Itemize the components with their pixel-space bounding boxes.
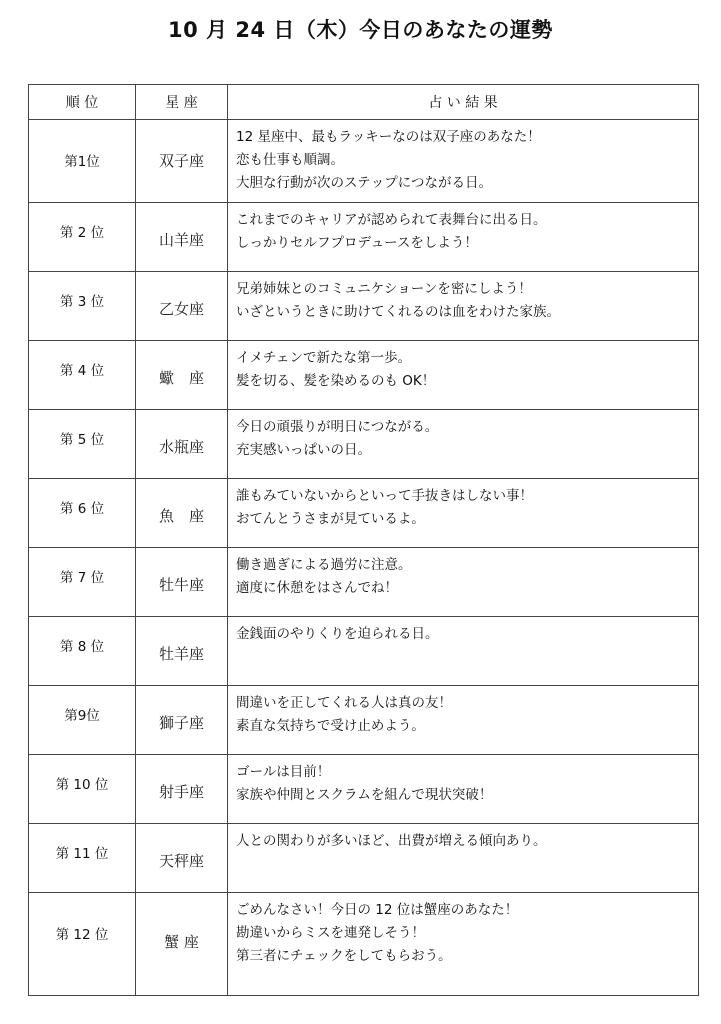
zodiac-sign-cell: 蟹 座 (136, 893, 228, 996)
fortune-result-cell: 間違いを正してくれる人は真の友！素直な気持ちで受け止めよう。 (228, 686, 699, 755)
table-row: 第 3 位乙女座兄弟姉妹とのコミュニケショーンを密にしよう！いざというときに助け… (29, 272, 699, 341)
fortune-line: ごめんなさい！今日の 12 位は蟹座のあなた！ (236, 899, 698, 922)
table-row: 第 12 位蟹 座ごめんなさい！今日の 12 位は蟹座のあなた！勘違いからミスを… (29, 893, 699, 996)
zodiac-sign-label: 双子座 (136, 150, 227, 171)
zodiac-sign-cell: 牡牛座 (136, 548, 228, 617)
rank-cell: 第 10 位 (29, 755, 136, 824)
zodiac-sign-label: 射手座 (136, 781, 227, 802)
table-row: 第 4 位蠍 座イメチェンで新たな第一歩。髪を切る、髪を染めるのも OK！ (29, 341, 699, 410)
table-row: 第9位獅子座間違いを正してくれる人は真の友！素直な気持ちで受け止めよう。 (29, 686, 699, 755)
fortune-line: 人との関わりが多いほど、出費が増える傾向あり。 (236, 830, 698, 853)
fortune-line: 12 星座中、最もラッキーなのは双子座のあなた！ (236, 126, 698, 149)
header-sign: 星 座 (136, 85, 228, 120)
fortune-line: これまでのキャリアが認められて表舞台に出る日。 (236, 209, 698, 232)
fortune-result-cell: 働き過ぎによる過労に注意。適度に休憩をはさんでね！ (228, 548, 699, 617)
zodiac-sign-label: 魚 座 (136, 505, 227, 526)
fortune-line: ゴールは目前！ (236, 761, 698, 784)
table-row: 第1位双子座12 星座中、最もラッキーなのは双子座のあなた！恋も仕事も順調。大胆… (29, 120, 699, 203)
zodiac-sign-cell: 双子座 (136, 120, 228, 203)
zodiac-sign-cell: 乙女座 (136, 272, 228, 341)
zodiac-sign-label: 水瓶座 (136, 436, 227, 457)
fortune-line: 今日の頑張りが明日につながる。 (236, 416, 698, 439)
zodiac-sign-label: 蠍 座 (136, 367, 227, 388)
rank-cell: 第 12 位 (29, 893, 136, 996)
rank-label: 第 2 位 (29, 221, 135, 241)
rank-label: 第 6 位 (29, 497, 135, 517)
rank-cell: 第 5 位 (29, 410, 136, 479)
rank-label: 第 7 位 (29, 566, 135, 586)
fortune-line: 誰もみていないからといって手抜きはしない事！ (236, 485, 698, 508)
fortune-result-cell: これまでのキャリアが認められて表舞台に出る日。しっかりセルフプロデュースをしよう… (228, 203, 699, 272)
fortune-line: 大胆な行動が次のステップにつながる日。 (236, 172, 698, 195)
fortune-line: 髪を切る、髪を染めるのも OK！ (236, 370, 698, 393)
fortune-line: 働き過ぎによる過労に注意。 (236, 554, 698, 577)
fortune-line: 兄弟姉妹とのコミュニケショーンを密にしよう！ (236, 278, 698, 301)
zodiac-sign-cell: 天秤座 (136, 824, 228, 893)
zodiac-sign-label: 獅子座 (136, 712, 227, 733)
zodiac-sign-cell: 魚 座 (136, 479, 228, 548)
zodiac-sign-label: 乙女座 (136, 298, 227, 319)
zodiac-sign-cell: 牡羊座 (136, 617, 228, 686)
header-rank: 順 位 (29, 85, 136, 120)
table-row: 第 10 位射手座ゴールは目前！家族や仲間とスクラムを組んで現状突破！ (29, 755, 699, 824)
fortune-line: 適度に休憩をはさんでね！ (236, 577, 698, 600)
zodiac-sign-label: 牡羊座 (136, 643, 227, 664)
zodiac-sign-cell: 山羊座 (136, 203, 228, 272)
fortune-line: イメチェンで新たな第一歩。 (236, 347, 698, 370)
rank-label: 第 11 位 (29, 842, 135, 862)
table-row: 第 7 位牡牛座働き過ぎによる過労に注意。適度に休憩をはさんでね！ (29, 548, 699, 617)
fortune-line: 勘違いからミスを連発しそう！ (236, 922, 698, 945)
zodiac-sign-cell: 射手座 (136, 755, 228, 824)
rank-cell: 第 11 位 (29, 824, 136, 893)
rank-cell: 第 2 位 (29, 203, 136, 272)
fortune-result-cell: 12 星座中、最もラッキーなのは双子座のあなた！恋も仕事も順調。大胆な行動が次の… (228, 120, 699, 203)
rank-cell: 第 8 位 (29, 617, 136, 686)
fortune-line: 素直な気持ちで受け止めよう。 (236, 715, 698, 738)
fortune-line: 第三者にチェックをしてもらおう。 (236, 945, 698, 968)
zodiac-sign-cell: 水瓶座 (136, 410, 228, 479)
table-row: 第 8 位牡羊座金銭面のやりくりを迫られる日。 (29, 617, 699, 686)
rank-label: 第 3 位 (29, 290, 135, 310)
fortune-result-cell: 人との関わりが多いほど、出費が増える傾向あり。 (228, 824, 699, 893)
fortune-line: 充実感いっぱいの日。 (236, 439, 698, 462)
header-result: 占 い 結 果 (228, 85, 699, 120)
fortune-result-cell: 金銭面のやりくりを迫られる日。 (228, 617, 699, 686)
fortune-result-cell: イメチェンで新たな第一歩。髪を切る、髪を染めるのも OK！ (228, 341, 699, 410)
rank-cell: 第9位 (29, 686, 136, 755)
rank-label: 第1位 (29, 150, 135, 170)
rank-cell: 第 6 位 (29, 479, 136, 548)
rank-label: 第9位 (29, 704, 135, 724)
zodiac-sign-cell: 蠍 座 (136, 341, 228, 410)
table-row: 第 6 位魚 座誰もみていないからといって手抜きはしない事！おてんとうさまが見て… (29, 479, 699, 548)
fortune-line: 金銭面のやりくりを迫られる日。 (236, 623, 698, 646)
fortune-result-cell: 誰もみていないからといって手抜きはしない事！おてんとうさまが見ているよ。 (228, 479, 699, 548)
fortune-line: おてんとうさまが見ているよ。 (236, 508, 698, 531)
zodiac-sign-cell: 獅子座 (136, 686, 228, 755)
rank-cell: 第 3 位 (29, 272, 136, 341)
fortune-line: しっかりセルフプロデュースをしよう！ (236, 232, 698, 255)
fortune-result-cell: 今日の頑張りが明日につながる。充実感いっぱいの日。 (228, 410, 699, 479)
fortune-line: 恋も仕事も順調。 (236, 149, 698, 172)
rank-label: 第 4 位 (29, 359, 135, 379)
table-row: 第 5 位水瓶座今日の頑張りが明日につながる。充実感いっぱいの日。 (29, 410, 699, 479)
rank-cell: 第 4 位 (29, 341, 136, 410)
table-header-row: 順 位 星 座 占 い 結 果 (29, 85, 699, 120)
zodiac-sign-label: 牡牛座 (136, 574, 227, 595)
rank-label: 第 12 位 (29, 923, 135, 943)
zodiac-sign-label: 山羊座 (136, 229, 227, 250)
table-row: 第 11 位天秤座人との関わりが多いほど、出費が増える傾向あり。 (29, 824, 699, 893)
rank-label: 第 10 位 (29, 773, 135, 793)
rank-cell: 第1位 (29, 120, 136, 203)
zodiac-sign-label: 天秤座 (136, 850, 227, 871)
zodiac-sign-label: 蟹 座 (136, 931, 227, 952)
rank-label: 第 5 位 (29, 428, 135, 448)
rank-cell: 第 7 位 (29, 548, 136, 617)
fortune-result-cell: ゴールは目前！家族や仲間とスクラムを組んで現状突破！ (228, 755, 699, 824)
page-title: 10 月 24 日（木）今日のあなたの運勢 (0, 14, 721, 44)
fortune-line: 間違いを正してくれる人は真の友！ (236, 692, 698, 715)
fortune-result-cell: ごめんなさい！今日の 12 位は蟹座のあなた！勘違いからミスを連発しそう！第三者… (228, 893, 699, 996)
fortune-line: 家族や仲間とスクラムを組んで現状突破！ (236, 784, 698, 807)
table-row: 第 2 位山羊座これまでのキャリアが認められて表舞台に出る日。しっかりセルフプロ… (29, 203, 699, 272)
horoscope-ranking-table: 順 位 星 座 占 い 結 果 第1位双子座12 星座中、最もラッキーなのは双子… (28, 84, 699, 996)
fortune-line: いざというときに助けてくれるのは血をわけた家族。 (236, 301, 698, 324)
fortune-result-cell: 兄弟姉妹とのコミュニケショーンを密にしよう！いざというときに助けてくれるのは血を… (228, 272, 699, 341)
rank-label: 第 8 位 (29, 635, 135, 655)
